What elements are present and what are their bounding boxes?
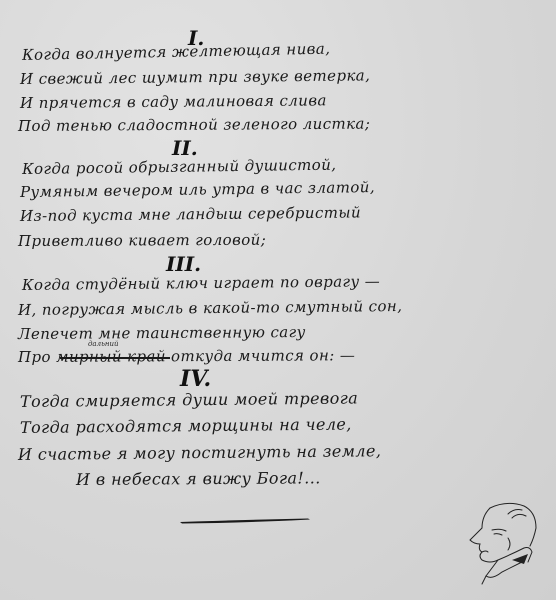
stanza-2-line-3: Из-под куста мне ландыш серебристый bbox=[20, 203, 361, 225]
stanza-4-line-1: Тогда смиряется души моей тревога bbox=[20, 388, 358, 411]
stanza-4-line-3: И счастье я могу постигнуть на земле, bbox=[18, 441, 382, 464]
stanza-1-line-3: И прячется в саду малиновая слива bbox=[20, 91, 327, 112]
stanza-3-line-1: Когда студёный ключ играет по оврагу — bbox=[22, 272, 380, 294]
profile-sketch-icon bbox=[452, 498, 544, 598]
stanza-1-line-2: И свежий лес шумит при звуке ветерка, bbox=[20, 66, 370, 88]
strikethrough-mark bbox=[60, 357, 170, 359]
stanza-2-line-2: Румяным вечером иль утра в час златой, bbox=[20, 178, 375, 201]
stanza-numeral-4: IV. bbox=[180, 366, 211, 392]
manuscript-page: I. Когда волнуется желтеющая нива, И све… bbox=[0, 0, 556, 600]
ink-flourish-icon bbox=[180, 518, 310, 524]
stanza-4-line-2: Тогда расходятся морщины на челе, bbox=[20, 415, 352, 437]
stanza-2-line-4: Приветливо кивает головой; bbox=[18, 231, 266, 250]
stanza-4-line-4: И в небесах я вижу Бога!... bbox=[76, 468, 321, 489]
stanza-1-line-4: Под тенью сладостной зеленого листка; bbox=[18, 115, 370, 135]
stanza-numeral-2: II. bbox=[172, 136, 198, 160]
stanza-3-line-3: Лепечет мне таинственную сагу bbox=[18, 323, 306, 343]
stanza-2-line-1: Когда росой обрызганный душистой, bbox=[22, 156, 337, 178]
stanza-1-line-1: Когда волнуется желтеющая нива, bbox=[22, 40, 331, 64]
stanza-3-line-2: И, погружая мысль в какой-то смутный сон… bbox=[18, 297, 403, 319]
stanza-numeral-3: III. bbox=[166, 252, 201, 276]
